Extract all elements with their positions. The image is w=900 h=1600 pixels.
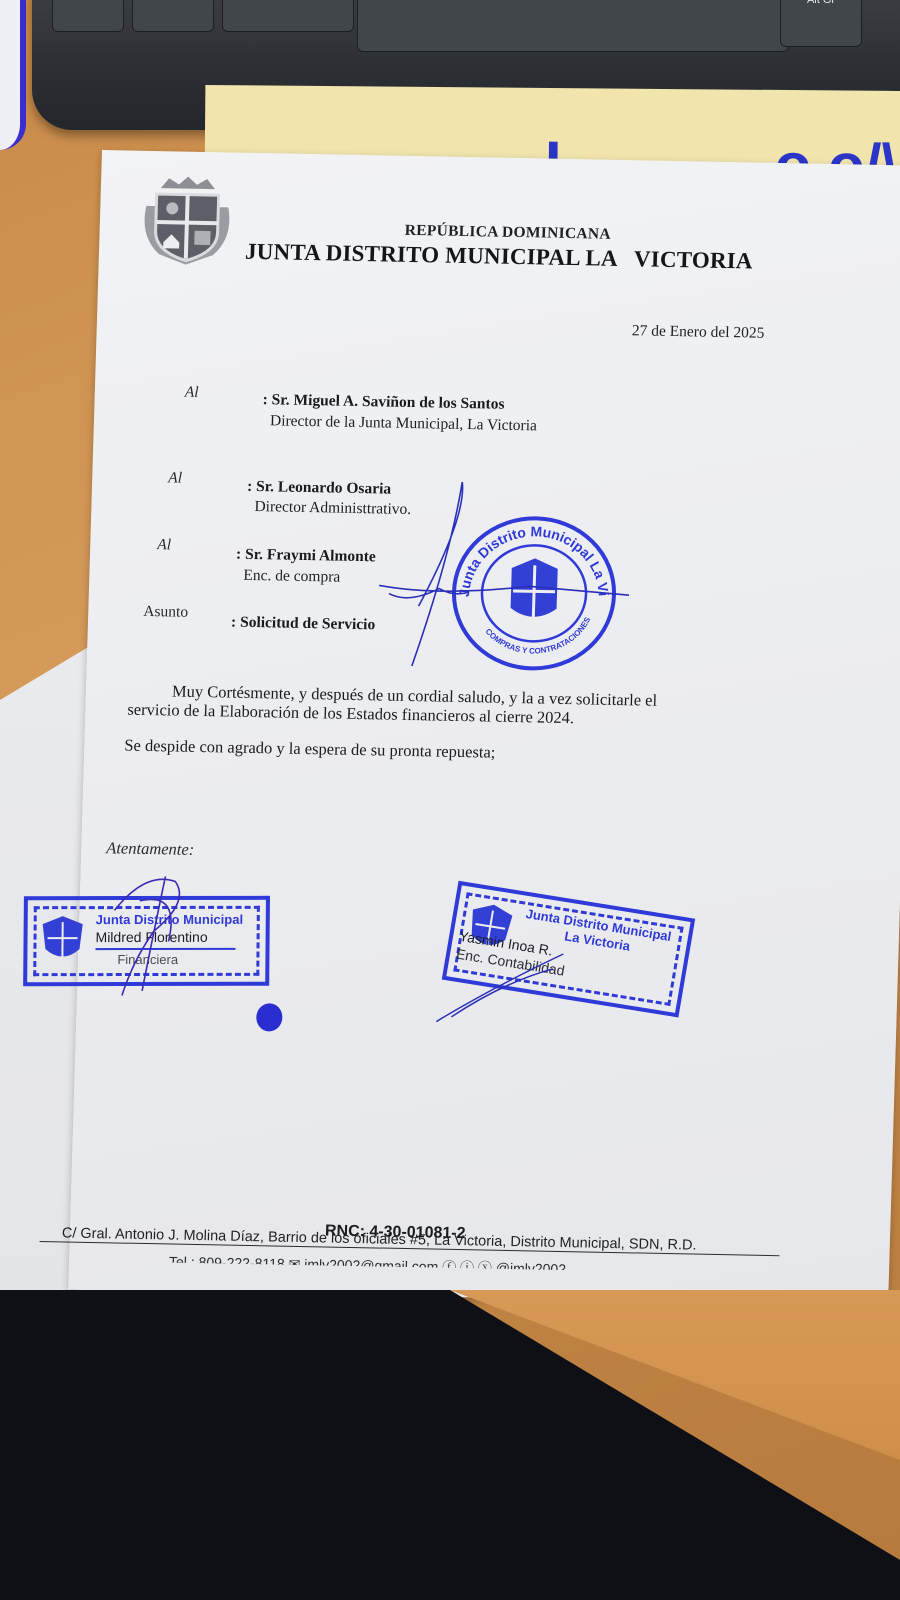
keyboard-key [222,0,354,32]
signature-finance [102,870,196,1002]
recipient-name: : Sr. Miguel A. Saviñon de los Santos [262,391,504,414]
closing-text: Atentamente: [106,838,195,860]
signature-accounting [431,947,573,1030]
cable [0,0,26,150]
recipient-label: Al [157,536,171,554]
footer-contact: Tel.: 809-222-8118 ✉ jmlv2002@gmail.com … [169,1251,567,1279]
farewell-line: Se despide con agrado y la espera de su … [124,736,496,763]
keyboard-spacebar [357,0,789,52]
recipient-label: Al [185,384,199,402]
subject-value: : Solicitud de Servicio [231,614,376,635]
ink-blot [256,1003,283,1031]
letter-date: 27 de Enero del 2025 [632,322,765,343]
recipient-label: Al [168,469,182,487]
keyboard-key [132,0,214,32]
keyboard-key-altgr: Alt Gr [780,0,862,47]
subject-label: Asunto [143,603,188,622]
letterhead-organization: JUNTA DISTRITO MUNICIPAL LA VICTORIA [245,239,753,275]
recipient-name: : Sr. Fraymi Almonte [236,546,376,567]
coat-of-arms-icon [139,176,237,268]
letterhead-country: REPÚBLICA DOMINICANA [404,222,611,244]
letter-page: REPÚBLICA DOMINICANA JUNTA DISTRITO MUNI… [68,150,900,1305]
keyboard-key [52,0,124,32]
signature-director [357,475,643,680]
stamp-crest-icon [39,914,85,964]
key-label: Alt Gr [807,0,835,46]
recipient-role: Director de la Junta Municipal, La Victo… [270,412,537,435]
recipient-role: Enc. de compra [243,567,340,587]
